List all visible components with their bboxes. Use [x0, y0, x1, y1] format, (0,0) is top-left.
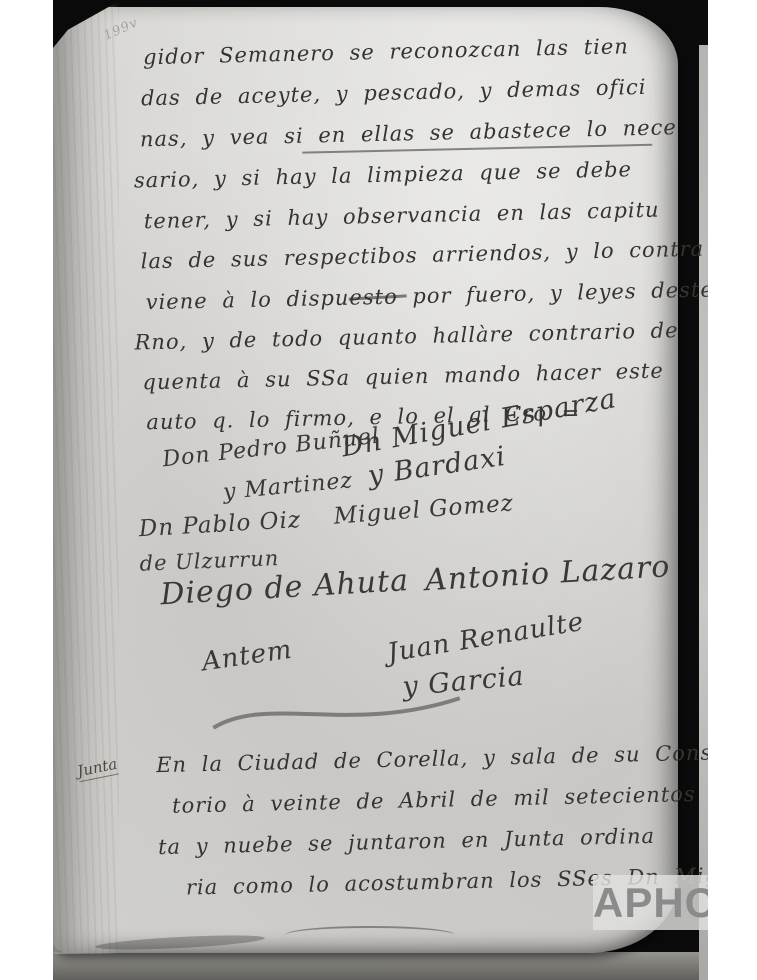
- manuscript-photo: 199v gidor Semanero se reconozcan las ti…: [53, 0, 708, 980]
- margin-note: Junta: [76, 755, 119, 783]
- signature: Dn Pablo Oiz: [138, 507, 302, 542]
- signature: Juan Renaulte: [385, 607, 586, 669]
- manuscript-line: viene à lo dispuesto por fuero, y leyes …: [145, 277, 708, 314]
- pen-flourish: [208, 686, 469, 737]
- manuscript-line: torio à veinte de Abril de mil setecient…: [172, 780, 708, 818]
- manuscript-line: das de aceyte, y pescado, y demas ofici: [141, 75, 647, 110]
- manuscript-line: gidor Semanero se reconozcan las tien: [143, 34, 629, 69]
- signature: Antem: [200, 635, 294, 678]
- archive-watermark: APHC: [593, 875, 708, 930]
- manuscript-line: Rno, y de todo quanto hallàre contrario …: [134, 318, 678, 354]
- signature: Antonio Lazaro: [424, 549, 671, 598]
- signature: Miguel Gomez: [333, 490, 515, 529]
- handwriting-layer: gidor Semanero se reconozcan las tien da…: [53, 0, 708, 980]
- manuscript-line: ta y nuebe se juntaron en Junta ordina: [158, 824, 656, 859]
- manuscript-line: sario, y si hay la limpieza que se debe: [134, 157, 633, 192]
- screenshot-canvas: 199v gidor Semanero se reconozcan las ti…: [0, 0, 757, 980]
- manuscript-line: tener, y si hay observancia en las capit…: [144, 198, 660, 234]
- manuscript-line: las de sus respectibos arriendos, y lo c…: [140, 237, 704, 274]
- signature: y Martinez: [222, 468, 354, 505]
- manuscript-line: En la Ciudad de Corella, y sala de su Co…: [156, 740, 708, 777]
